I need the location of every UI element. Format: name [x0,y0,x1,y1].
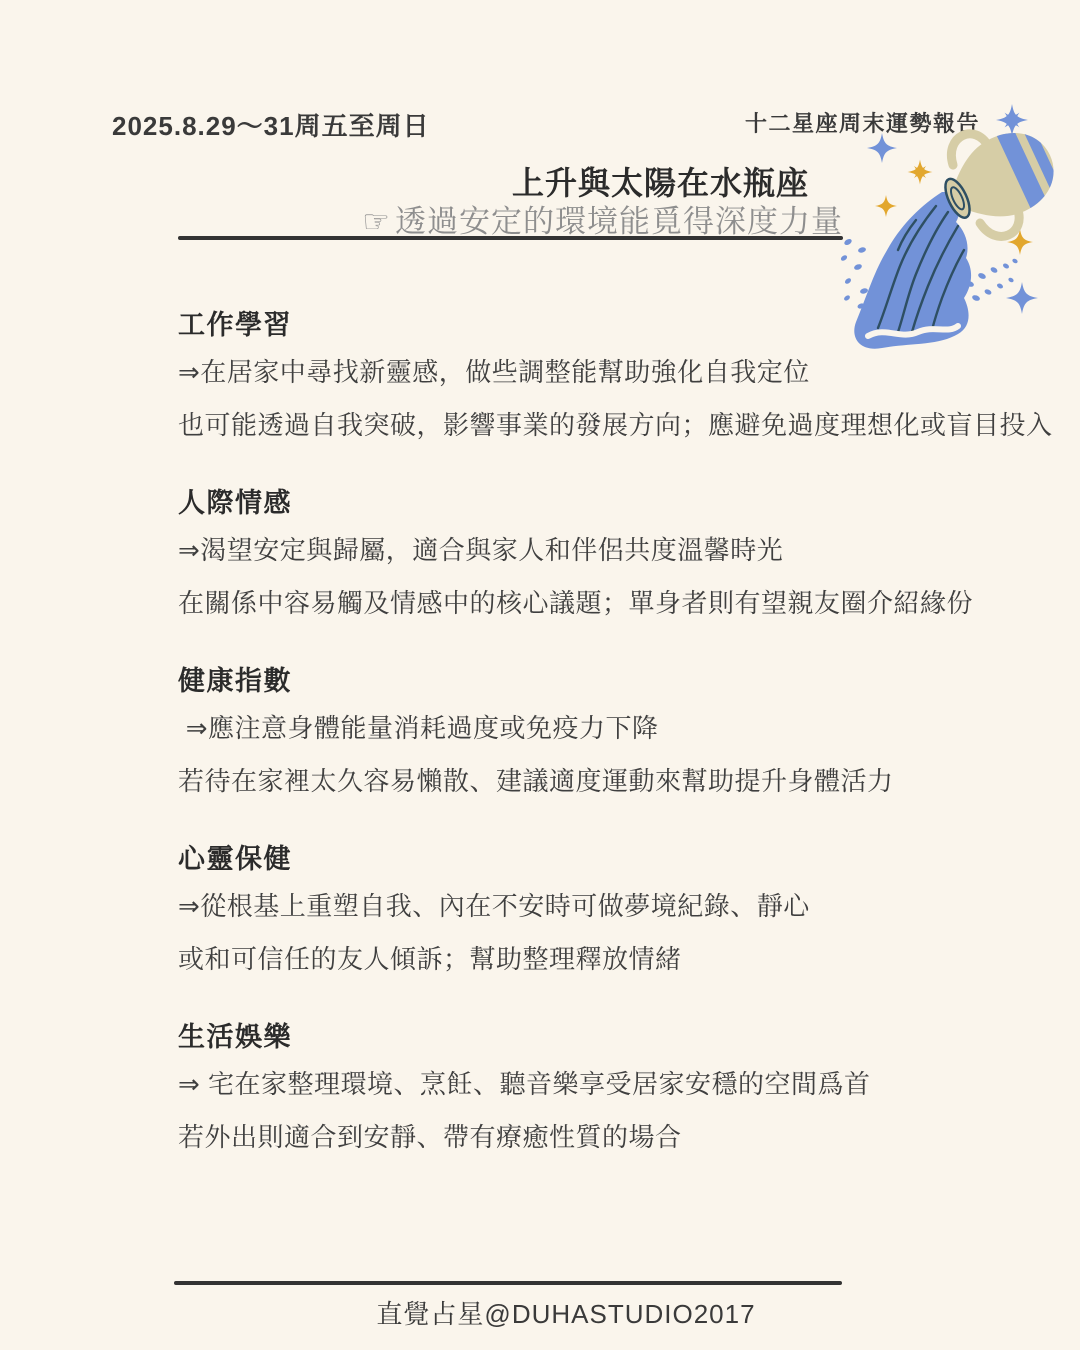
subtitle-text: 透過安定的環境能覓得深度力量 [395,204,843,239]
section-heading: 工作學習 [178,308,1078,342]
section-line: 也可能透過自我突破，影響事業的發展方向；應避免過度理想化或盲目投入 [178,408,1078,442]
section-line: ⇒在居家中尋找新靈感，做些調整能幫助強化自我定位 [178,355,1078,389]
section-heading: 人際情感 [178,486,1078,520]
section-line: ⇒應注意身體能量消耗過度或免疫力下降 [178,711,1078,745]
footer-divider [174,1281,842,1285]
section-health: 健康指數 ⇒應注意身體能量消耗過度或免疫力下降 若待在家裡太久容易懶散、建議適度… [178,664,1078,798]
section-line: ⇒從根基上重塑自我、內在不安時可做夢境紀錄、靜心 [178,889,1078,923]
sparkle-star-icon-blue-top [996,104,1028,136]
section-lifestyle: 生活娛樂 ⇒ 宅在家整理環境、烹飪、聽音樂享受居家安穩的空間爲首 若外出則適合到… [178,1020,1078,1154]
section-work-study: 工作學習 ⇒在居家中尋找新靈感，做些調整能幫助強化自我定位 也可能透過自我突破，… [178,308,1078,442]
section-heading: 心靈保健 [178,842,1078,876]
pointing-finger-icon: ☞ [362,204,391,239]
content: 工作學習 ⇒在居家中尋找新靈感，做些調整能幫助強化自我定位 也可能透過自我突破，… [178,308,1078,1198]
section-line: ⇒渴望安定與歸屬，適合與家人和伴侶共度溫馨時光 [178,533,1078,567]
section-line: ⇒ 宅在家整理環境、烹飪、聽音樂享受居家安穩的空間爲首 [178,1067,1078,1101]
section-line: 在關係中容易觸及情感中的核心議題；單身者則有望親友圈介紹緣份 [178,586,1078,620]
date-range: 2025.8.29〜31周五至周日 [112,106,430,143]
horoscope-poster: 2025.8.29〜31周五至周日 十二星座周末運勢報告 上升與太陽在水瓶座 ☞… [0,0,1080,1350]
footer-credit: 直覺占星@DUHASTUDIO2017 [0,1294,1080,1331]
sparkle-star-icon-gold [908,160,933,185]
section-line: 若外出則適合到安靜、帶有療癒性質的場合 [178,1120,1078,1154]
sparkle-icon-gold-small [875,195,897,217]
section-relationships: 人際情感 ⇒渴望安定與歸屬，適合與家人和伴侶共度溫馨時光 在關係中容易觸及情感中… [178,486,1078,620]
subtitle: ☞透過安定的環境能覓得深度力量 [362,196,843,241]
section-mind-care: 心靈保健 ⇒從根基上重塑自我、內在不安時可做夢境紀錄、靜心 或和可信任的友人傾訴… [178,842,1078,976]
sparkle-icon-blue-left [867,133,897,163]
section-line: 若待在家裡太久容易懶散、建議適度運動來幫助提升身體活力 [178,764,1078,798]
header-divider [178,236,843,240]
section-line: 或和可信任的友人傾訴；幫助整理釋放情緒 [178,942,1078,976]
section-heading: 健康指數 [178,664,1078,698]
section-heading: 生活娛樂 [178,1020,1078,1054]
